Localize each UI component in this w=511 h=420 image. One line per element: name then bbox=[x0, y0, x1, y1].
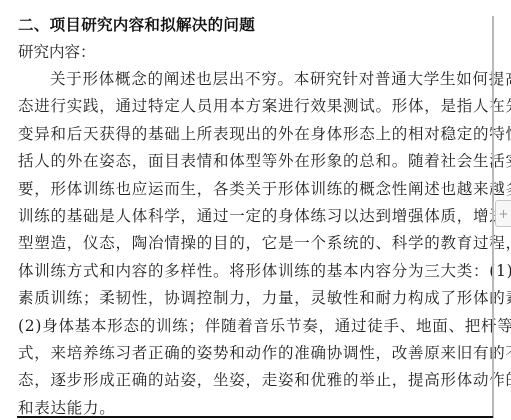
paragraph-line: 态进行实践，通过特定人员用本方案进行效果测试。形体，是指人在先天遗传 bbox=[18, 93, 484, 120]
paragraph-line: 体训练方式和内容的多样性。将形体训练的基本内容分为三大类：(1)形体的 bbox=[18, 258, 484, 285]
plus-icon: + bbox=[498, 208, 508, 220]
paragraph-line: 变异和后天获得的基础上所表现出的外在身体形态上的相对稳定的特性。它包 bbox=[18, 121, 484, 148]
paragraph-line: 括人的外在姿态，面目表情和体型等外在形象的总和。随着社会生活实践的需 bbox=[18, 148, 484, 175]
paragraph-line: (2)身体基本形态的训练；伴随着音乐节奏，通过徒手、地面、把杆等练习方 bbox=[18, 313, 484, 340]
document-page: 二、项目研究内容和拟解决的问题 研究内容： 关于形体概念的阐述也层出不穷。本研究… bbox=[0, 0, 492, 418]
paragraph-line: 态，逐步形成正确的站姿，坐姿，走姿和优雅的举止，提高形体动作的灵活性 bbox=[18, 367, 484, 394]
subsection-label: 研究内容： bbox=[18, 40, 96, 62]
paragraph-line: 关于形体概念的阐述也层出不穷。本研究针对普通大学生如何提高身体形 bbox=[18, 66, 484, 93]
paragraph-line: 型塑造，仪态，陶冶情操的目的，它是一个系统的、科学的教育过程，随着形 bbox=[18, 230, 484, 257]
page-right-border bbox=[492, 16, 494, 418]
page-bottom-border bbox=[17, 416, 493, 418]
paragraph-line: 要，形体训练也应运而生，各类关于形体训练的概念性阐述也越来越多。形体 bbox=[18, 176, 484, 203]
paragraph-line: 式，来培养练习者正确的姿势和动作的准确协调性，改善原来旧有的不良姿 bbox=[18, 340, 484, 367]
paragraph-line: 训练的基础是人体科学，通过一定的身体练习以达到增强体质，增进健康，体 bbox=[18, 203, 484, 230]
paragraph-line: 素质训练；柔韧性，协调控制力，力量，灵敏性和耐力构成了形体的素质因素。 bbox=[18, 285, 484, 312]
section-heading: 二、项目研究内容和拟解决的问题 bbox=[18, 13, 255, 35]
expand-button[interactable]: + bbox=[495, 200, 511, 227]
body-paragraph: 关于形体概念的阐述也层出不穷。本研究针对普通大学生如何提高身体形 态进行实践，通… bbox=[18, 66, 484, 420]
